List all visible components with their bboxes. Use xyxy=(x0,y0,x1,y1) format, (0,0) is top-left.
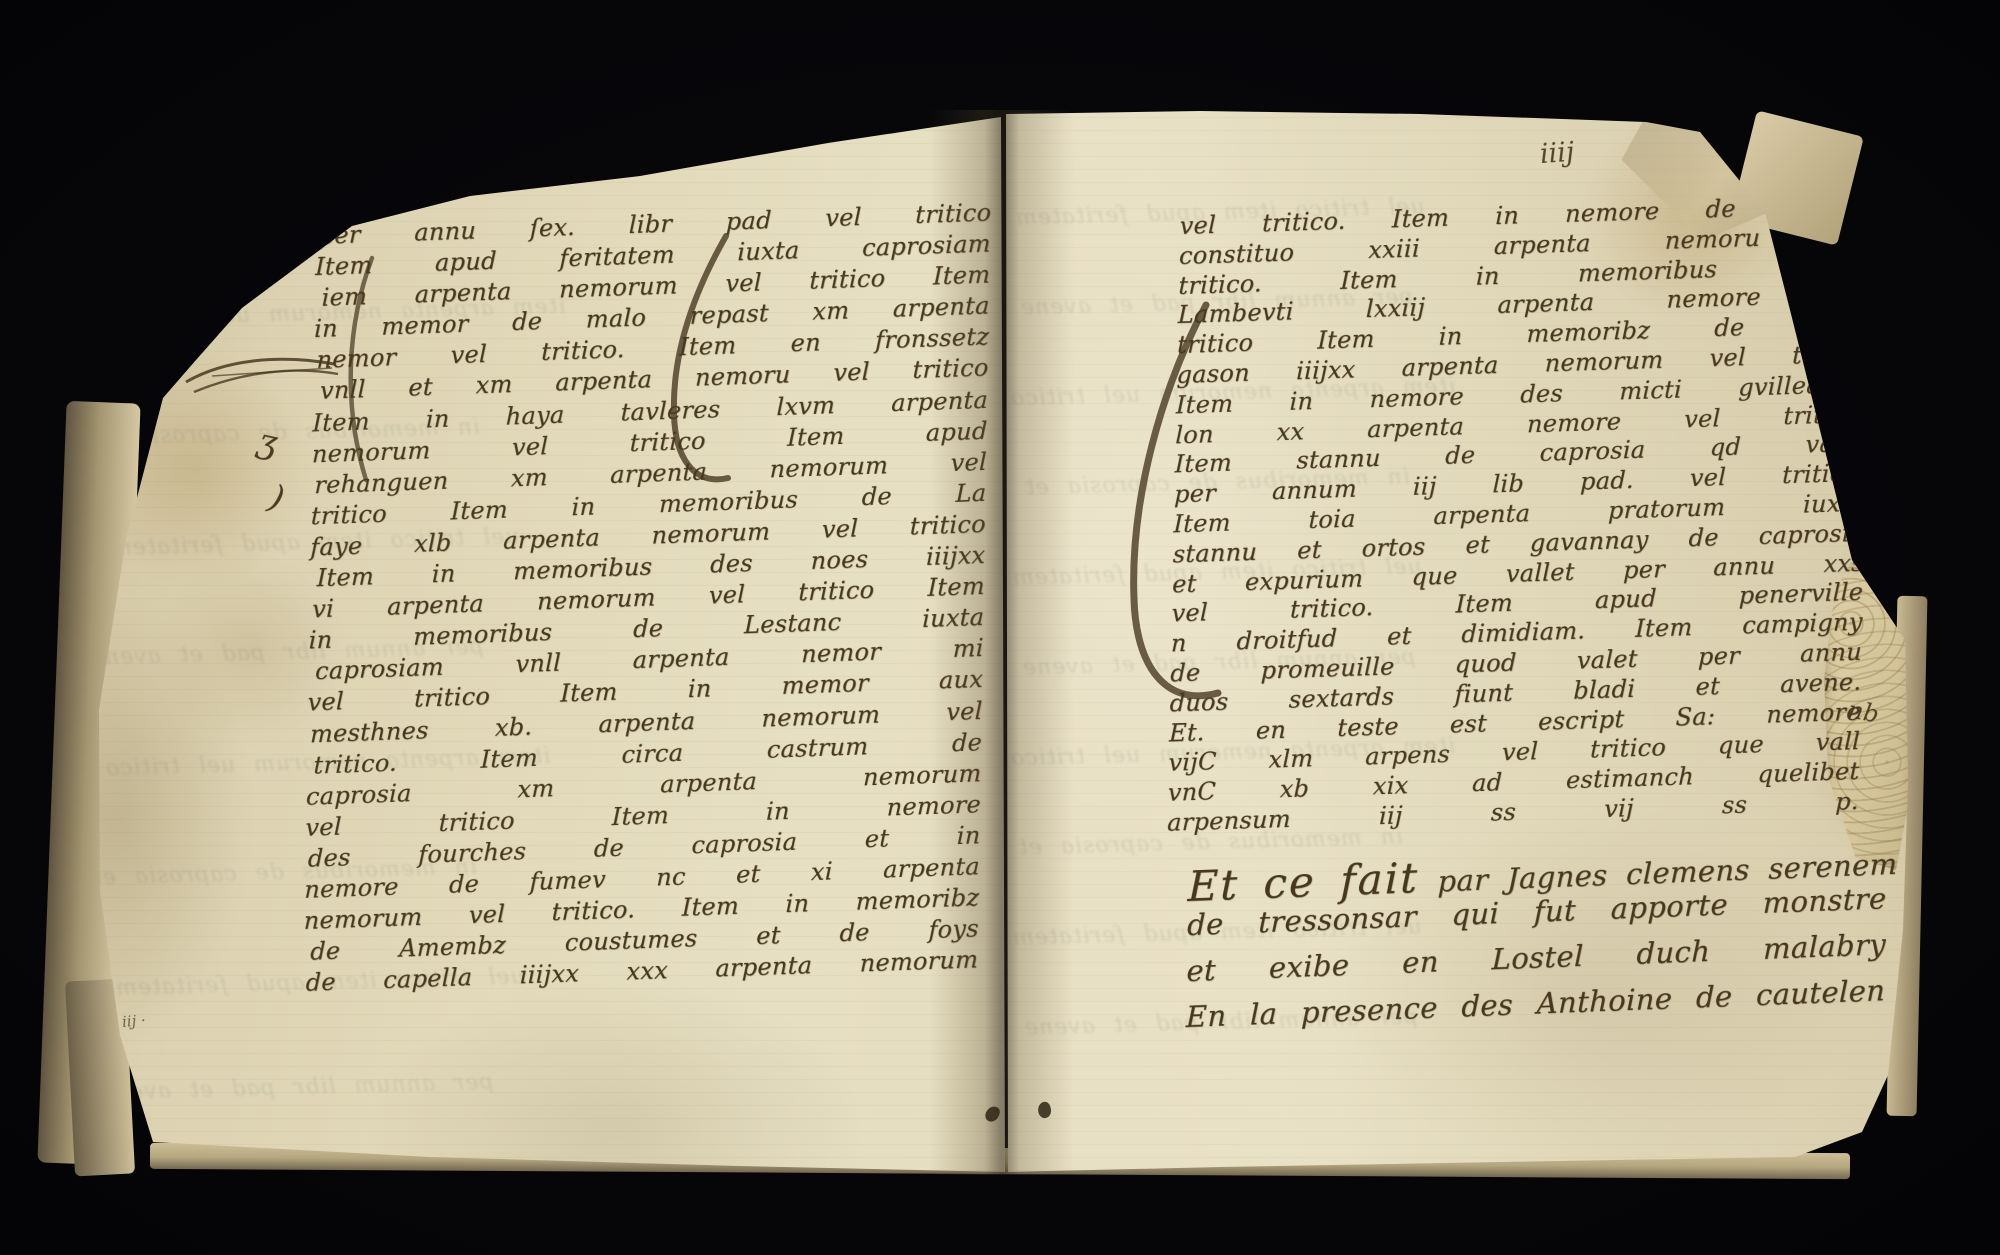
show-through-line: per annum libr pad et avene xyxy=(100,1070,494,1106)
foot-mark: iij · xyxy=(121,1011,146,1031)
marginal-note: hr/ xyxy=(126,365,174,406)
gutter-fold-shadow xyxy=(930,110,1074,1175)
left-page-text-block: per annu ſex. libr pad vel tritico Item … xyxy=(302,198,991,1000)
closing-paragraph: Et ce fait par Jagnes clemens serenem de… xyxy=(1185,835,1887,1046)
manuscript-photo: item arpenta nemorum uel tritico in memo… xyxy=(0,0,2000,1255)
folio-number: iiij xyxy=(1539,137,1575,170)
marginal-mark: ) xyxy=(264,477,289,519)
right-page-text-block: vel tritico. Item in nemore de veteulz c… xyxy=(1167,190,1872,838)
